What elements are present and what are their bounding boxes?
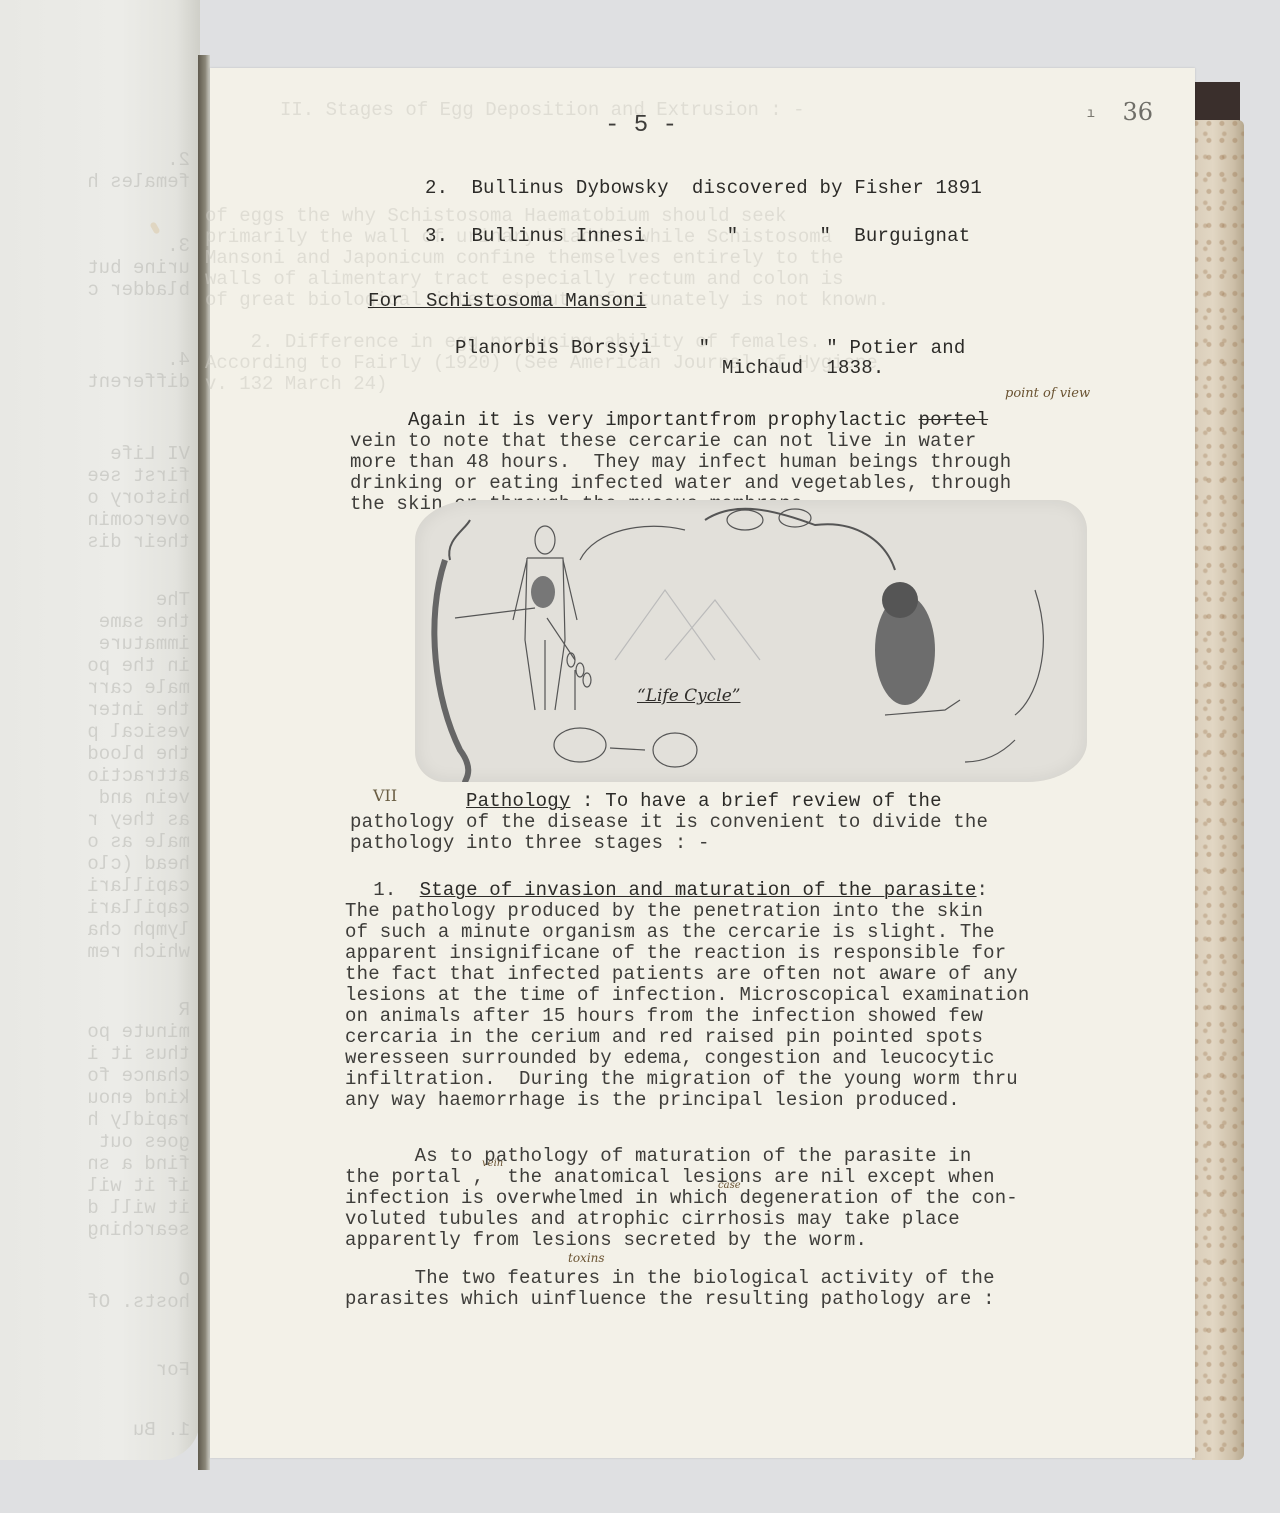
paragraph-line: pathology of the disease it is convenien… — [350, 812, 988, 833]
pathology-heading: Pathology — [466, 790, 570, 812]
left-page-bleed-line: the inter — [0, 700, 200, 721]
folio-mark: ı — [1087, 106, 1095, 122]
left-page-bleed-line: first see — [0, 466, 200, 487]
paragraph-line: of such a minute organism as the cercari… — [345, 922, 995, 943]
bleed-through-text: II. Stages of Egg Deposition and Extrusi… — [280, 100, 805, 121]
left-page-bleed-line: different — [0, 372, 200, 393]
page-number: - 5 - — [605, 112, 677, 139]
paragraph-line: infection is overwhelmed in which degene… — [345, 1188, 1018, 1209]
life-cycle-illustration: “Life Cycle” — [415, 500, 1087, 782]
left-page-bleed-line: urine but — [0, 258, 200, 279]
figure-caption: “Life Cycle” — [637, 686, 741, 706]
paragraph-line: the portal , the anatomical lesions are … — [345, 1167, 995, 1188]
left-page-bleed-line: vesical p — [0, 722, 200, 743]
left-page-bleed-line: chance fo — [0, 1066, 200, 1087]
typed-page: II. Stages of Egg Deposition and Extrusi… — [210, 68, 1195, 1458]
paragraph-line: more than 48 hours. They may infect huma… — [350, 452, 1011, 473]
left-facing-page: 2.females h3.urine butbladder c4.differe… — [0, 0, 200, 1460]
left-page-bleed-line: For — [0, 1360, 200, 1381]
left-page-bleed-line: 2. — [0, 150, 200, 171]
page-block-edge — [1192, 120, 1244, 1460]
left-page-bleed-line: lymph cha — [0, 920, 200, 941]
left-page-bleed-line: R — [0, 1000, 200, 1021]
species-item-2: 2. Bullinus Dybowsky discovered by Fishe… — [425, 178, 982, 199]
paragraph-line: the fact that infected patients are ofte… — [345, 964, 1018, 985]
paragraph-line: The pathology produced by the penetratio… — [345, 901, 983, 922]
paragraph-line: cercaria in the cerium and red raised pi… — [345, 1027, 983, 1048]
left-page-bleed-line: capillari — [0, 876, 200, 897]
left-page-bleed-line: bladder c — [0, 280, 200, 301]
left-page-bleed-line: searching — [0, 1220, 200, 1241]
left-page-bleed-line: male carr — [0, 678, 200, 699]
paragraph-line: weresseen surrounded by edema, congestio… — [345, 1048, 995, 1069]
paragraph-line: apparently from lesions secreted by the … — [345, 1230, 867, 1251]
mansoni-species-line: Planorbis Borssyi " " Potier and — [455, 338, 965, 359]
left-page-bleed-line: kind enou — [0, 1088, 200, 1109]
left-page-bleed-line: capillari — [0, 898, 200, 919]
left-page-bleed-line: their dis — [0, 532, 200, 553]
paragraph-line: Again it is very importantfrom prophylac… — [350, 410, 988, 431]
pathology-heading-line: Pathology : To have a brief review of th… — [350, 791, 942, 812]
handwritten-annotation-toxins: toxins — [568, 1251, 605, 1265]
folio-number: 36 — [1122, 98, 1153, 126]
left-page-bleed-line: it will d — [0, 1198, 200, 1219]
left-page-bleed-line: if it wil — [0, 1176, 200, 1197]
paragraph-line: lesions at the time of infection. Micros… — [345, 985, 1030, 1006]
paragraph-line: any way haemorrhage is the principal les… — [345, 1090, 960, 1111]
paragraph-line: apparent insignificane of the reaction i… — [345, 943, 1006, 964]
left-page-bleed-line: in the po — [0, 656, 200, 677]
left-page-bleed-line: the blood — [0, 744, 200, 765]
paragraph-line: drinking or eating infected water and ve… — [350, 473, 1011, 494]
left-page-bleed-line: immature — [0, 634, 200, 655]
species-item-3: 3. Bullinus Innesi " " Burguignat — [425, 226, 970, 247]
left-page-bleed-line: minute po — [0, 1022, 200, 1043]
left-page-bleed-line: vein and — [0, 788, 200, 809]
paragraph-line: infiltration. During the migration of th… — [345, 1069, 1018, 1090]
left-page-bleed-line: which rem — [0, 942, 200, 963]
stage-1-heading: Stage of invasion and maturation of the … — [420, 879, 977, 901]
paragraph-line: As to pathology of maturation of the par… — [345, 1146, 972, 1167]
handwritten-annotation: point of view — [1005, 386, 1090, 401]
left-page-bleed-line: The — [0, 590, 200, 611]
mansoni-heading: For Schistosoma Mansoni — [368, 291, 646, 312]
left-page-bleed-line: rapidly h — [0, 1110, 200, 1131]
left-page-bleed-line: find a sn — [0, 1154, 200, 1175]
left-page-bleed-line: O — [0, 1270, 200, 1291]
left-page-bleed-line: head (clo — [0, 854, 200, 875]
left-page-bleed-line: 4. — [0, 350, 200, 371]
left-page-bleed-line: male as o — [0, 832, 200, 853]
life-cycle-drawing — [415, 500, 1087, 782]
paper-blemish — [149, 221, 160, 234]
mansoni-species-line-2: Michaud 1838. — [722, 358, 884, 379]
paragraph-line: parasites which uinfluence the resulting… — [345, 1289, 995, 1310]
left-page-bleed-line: the same — [0, 612, 200, 633]
paragraph-line: The two features in the biological activ… — [345, 1268, 995, 1289]
left-page-bleed-line: 3. — [0, 236, 200, 257]
left-page-bleed-line: history o — [0, 488, 200, 509]
paragraph-line: on animals after 15 hours from the infec… — [345, 1006, 983, 1027]
stage-1-heading-line: 1. Stage of invasion and maturation of t… — [350, 880, 988, 901]
paragraph-line: vein to note that these cercarie can not… — [350, 431, 977, 452]
paragraph-line: pathology into three stages : - — [350, 833, 710, 854]
left-page-bleed-line: overcomin — [0, 510, 200, 531]
left-page-bleed-line: females h — [0, 172, 200, 193]
left-page-bleed-line: thus it i — [0, 1044, 200, 1065]
paragraph-line: voluted tubules and atrophic cirrhosis m… — [345, 1209, 960, 1230]
left-page-bleed-line: 1. Bu — [0, 1420, 200, 1441]
left-page-bleed-line: hosts. Of — [0, 1292, 200, 1313]
left-page-bleed-line: goes out — [0, 1132, 200, 1153]
left-page-bleed-line: as they r — [0, 810, 200, 831]
left-page-bleed-line: attractio — [0, 766, 200, 787]
left-page-bleed-line: VI Life — [0, 444, 200, 465]
